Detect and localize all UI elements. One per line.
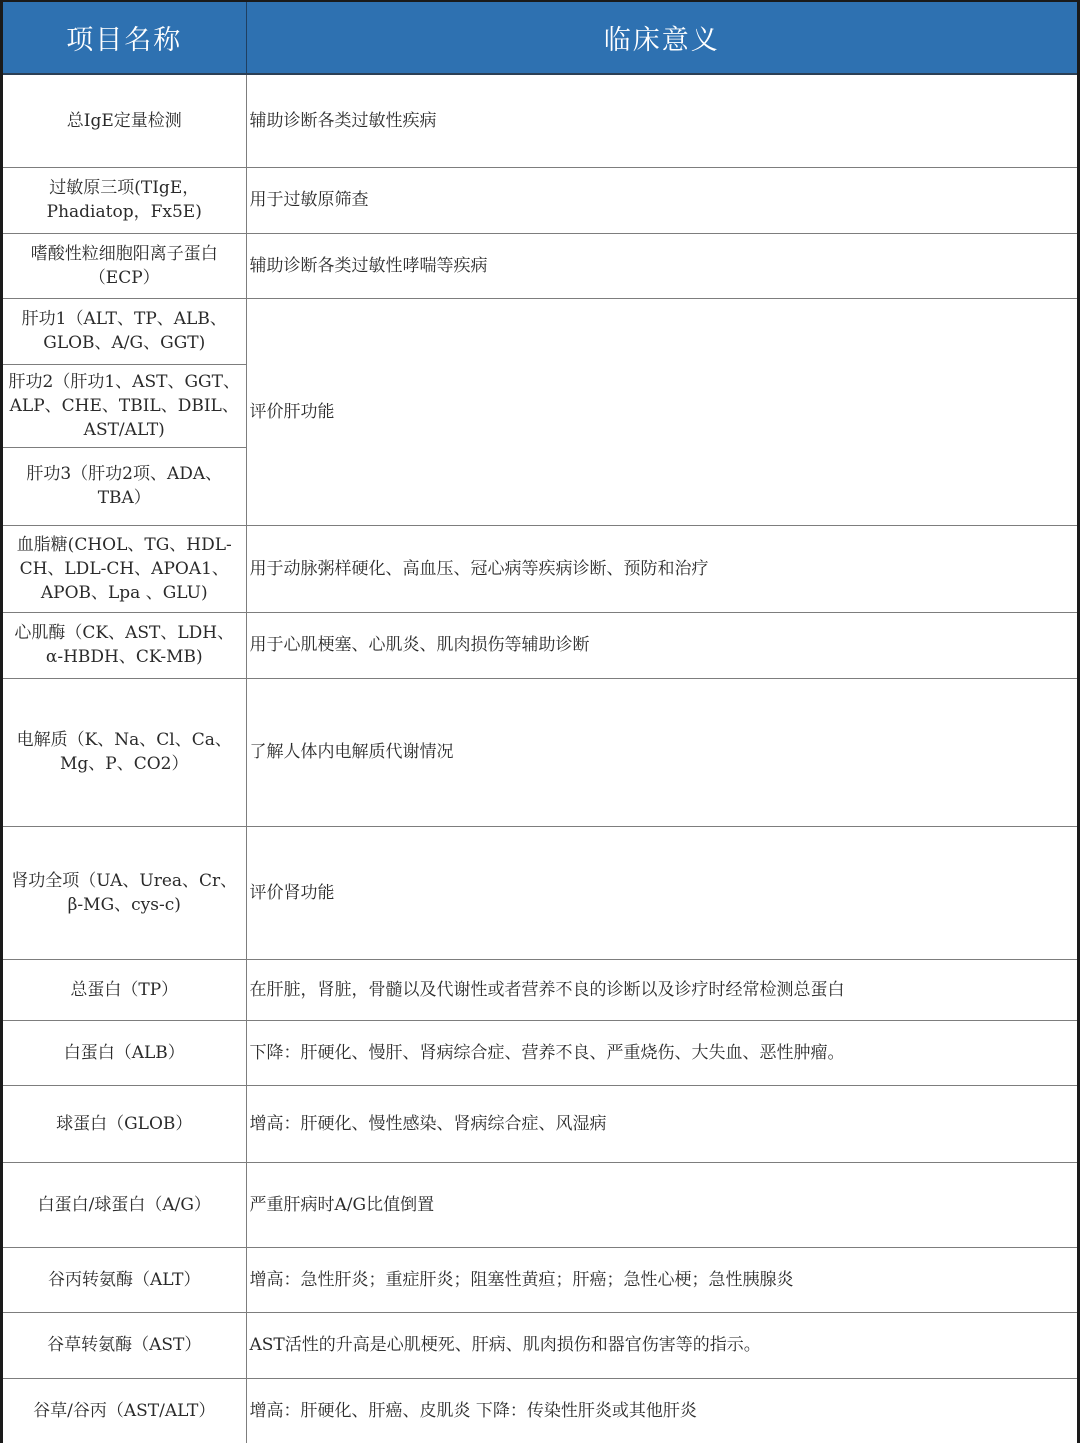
clinical-significance-cell: 严重肝病时A/G比值倒置 [246, 1162, 1077, 1247]
clinical-significance-cell: 增高：肝硬化、慢性感染、肾病综合症、风湿病 [246, 1085, 1077, 1162]
clinical-significance-cell: 辅助诊断各类过敏性疾病 [246, 74, 1077, 167]
table-row: 谷草/谷丙（AST/ALT） 增高：肝硬化、肝癌、皮肌炎 下降：传染性肝炎或其他… [3, 1378, 1077, 1443]
clinical-test-table: 项目名称 临床意义 总IgE定量检测 辅助诊断各类过敏性疾病 过敏原三项(TIg… [3, 2, 1077, 1443]
clinical-significance-cell: 增高：肝硬化、肝癌、皮肌炎 下降：传染性肝炎或其他肝炎 [246, 1378, 1077, 1443]
item-name-cell: 总蛋白（TP） [3, 959, 246, 1020]
item-name-cell: 心肌酶（CK、AST、LDH、α-HBDH、CK-MB) [3, 612, 246, 678]
table-row: 白蛋白（ALB） 下降：肝硬化、慢肝、肾病综合症、营养不良、严重烧伤、大失血、恶… [3, 1020, 1077, 1085]
table-row: 白蛋白/球蛋白（A/G） 严重肝病时A/G比值倒置 [3, 1162, 1077, 1247]
item-name-cell: 谷草/谷丙（AST/ALT） [3, 1378, 246, 1443]
table-row: 谷丙转氨酶（ALT） 增高：急性肝炎；重症肝炎；阻塞性黄疸；肝癌；急性心梗；急性… [3, 1247, 1077, 1312]
item-name-cell: 肝功3（肝功2项、ADA、TBA） [3, 447, 246, 525]
item-name-cell: 肝功1（ALT、TP、ALB、GLOB、A/G、GGT) [3, 298, 246, 364]
item-name-cell: 肾功全项（UA、Urea、Cr、β-MG、cys-c) [3, 826, 246, 959]
clinical-significance-cell: 增高：急性肝炎；重症肝炎；阻塞性黄疸；肝癌；急性心梗；急性胰腺炎 [246, 1247, 1077, 1312]
item-name-cell: 总IgE定量检测 [3, 74, 246, 167]
item-name-cell: 肝功2（肝功1、AST、GGT、ALP、CHE、TBIL、DBIL、AST/AL… [3, 364, 246, 447]
header-item-name: 项目名称 [3, 2, 246, 74]
table-row: 肾功全项（UA、Urea、Cr、β-MG、cys-c) 评价肾功能 [3, 826, 1077, 959]
clinical-significance-cell: 用于过敏原筛查 [246, 167, 1077, 233]
item-name-cell: 谷草转氨酶（AST） [3, 1312, 246, 1378]
item-name-cell: 过敏原三项(TIgE，Phadiatop，Fx5E) [3, 167, 246, 233]
item-name-cell: 嗜酸性粒细胞阳离子蛋白（ECP） [3, 233, 246, 298]
clinical-significance-cell: 下降：肝硬化、慢肝、肾病综合症、营养不良、严重烧伤、大失血、恶性肿瘤。 [246, 1020, 1077, 1085]
clinical-significance-cell-merged: 评价肝功能 [246, 298, 1077, 525]
item-name-cell: 血脂糖(CHOL、TG、HDL-CH、LDL-CH、APOA1、APOB、Lpa… [3, 525, 246, 612]
table-row: 心肌酶（CK、AST、LDH、α-HBDH、CK-MB) 用于心肌梗塞、心肌炎、… [3, 612, 1077, 678]
table-row: 肝功1（ALT、TP、ALB、GLOB、A/G、GGT) 评价肝功能 [3, 298, 1077, 364]
clinical-significance-cell: 辅助诊断各类过敏性哮喘等疾病 [246, 233, 1077, 298]
clinical-significance-cell: AST活性的升高是心肌梗死、肝病、肌肉损伤和器官伤害等的指示。 [246, 1312, 1077, 1378]
item-name-cell: 谷丙转氨酶（ALT） [3, 1247, 246, 1312]
clinical-significance-cell: 用于动脉粥样硬化、高血压、冠心病等疾病诊断、预防和治疗 [246, 525, 1077, 612]
table-frame: 项目名称 临床意义 总IgE定量检测 辅助诊断各类过敏性疾病 过敏原三项(TIg… [0, 0, 1080, 1443]
item-name-cell: 白蛋白/球蛋白（A/G） [3, 1162, 246, 1247]
table-header-row: 项目名称 临床意义 [3, 2, 1077, 74]
table-row: 总蛋白（TP） 在肝脏，肾脏，骨髓以及代谢性或者营养不良的诊断以及诊疗时经常检测… [3, 959, 1077, 1020]
clinical-significance-cell: 用于心肌梗塞、心肌炎、肌肉损伤等辅助诊断 [246, 612, 1077, 678]
table-row: 电解质（K、Na、Cl、Ca、Mg、P、CO2） 了解人体内电解质代谢情况 [3, 678, 1077, 826]
table-row: 谷草转氨酶（AST） AST活性的升高是心肌梗死、肝病、肌肉损伤和器官伤害等的指… [3, 1312, 1077, 1378]
clinical-significance-cell: 在肝脏，肾脏，骨髓以及代谢性或者营养不良的诊断以及诊疗时经常检测总蛋白 [246, 959, 1077, 1020]
table-row: 球蛋白（GLOB） 增高：肝硬化、慢性感染、肾病综合症、风湿病 [3, 1085, 1077, 1162]
header-clinical-significance: 临床意义 [246, 2, 1077, 74]
table-row: 过敏原三项(TIgE，Phadiatop，Fx5E) 用于过敏原筛查 [3, 167, 1077, 233]
clinical-significance-cell: 评价肾功能 [246, 826, 1077, 959]
item-name-cell: 电解质（K、Na、Cl、Ca、Mg、P、CO2） [3, 678, 246, 826]
table-row: 嗜酸性粒细胞阳离子蛋白（ECP） 辅助诊断各类过敏性哮喘等疾病 [3, 233, 1077, 298]
table-row: 血脂糖(CHOL、TG、HDL-CH、LDL-CH、APOA1、APOB、Lpa… [3, 525, 1077, 612]
item-name-cell: 白蛋白（ALB） [3, 1020, 246, 1085]
clinical-significance-cell: 了解人体内电解质代谢情况 [246, 678, 1077, 826]
table-row: 总IgE定量检测 辅助诊断各类过敏性疾病 [3, 74, 1077, 167]
item-name-cell: 球蛋白（GLOB） [3, 1085, 246, 1162]
